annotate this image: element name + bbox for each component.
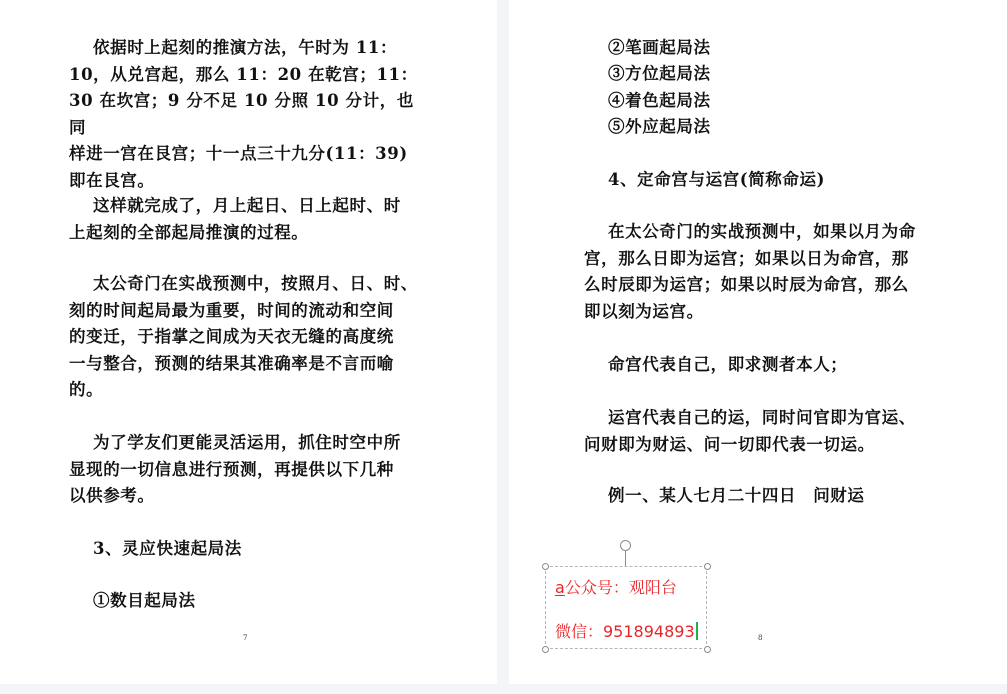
page-number: 8 <box>758 634 762 642</box>
list-item: ③方位起局法 <box>608 61 711 88</box>
paragraph: 这样就完成了，月上起日、日上起时、时 上起刻的全部起局推演的过程。 <box>69 193 429 246</box>
list-item: ⑤外应起局法 <box>608 114 711 141</box>
paragraph: 命宫代表自己，即求测者本人； <box>584 352 944 379</box>
resize-handle-top-right[interactable] <box>704 563 711 570</box>
section-heading: 3、灵应快速起局法 <box>69 536 429 563</box>
paragraph: 在太公奇门的实战预测中，如果以月为命 宫，那么日即为运宫；如果以日为命宫，那 么… <box>584 219 944 325</box>
resize-handle-bottom-left[interactable] <box>542 646 549 653</box>
page-number: 7 <box>243 634 247 642</box>
resize-handle-top-left[interactable] <box>542 563 549 570</box>
list-item: ①数目起局法 <box>69 588 429 615</box>
resize-handle-bottom-right[interactable] <box>704 646 711 653</box>
list-item: ④着色起局法 <box>608 88 711 115</box>
rotate-handle-stem <box>625 551 626 566</box>
paragraph: 运宫代表自己的运，同时问官即为官运、 问财即为财运、问一切即代表一切运。 <box>584 405 944 458</box>
document-page-7: 依据时上起刻的推演方法，午时为 11： 10，从兑宫起，那么 11：20 在乾宫… <box>0 0 497 684</box>
list-item: ②笔画起局法 <box>608 35 711 62</box>
paragraph: 为了学友们更能灵活运用，抓住时空中所 显现的一切信息进行预测，再提供以下几种 以… <box>69 430 429 510</box>
textbox-line-wechat[interactable]: 微信：951894893 <box>555 619 698 642</box>
section-heading: 4、定命宫与运宫(简称命运) <box>608 167 825 194</box>
textbox-line2-text: 微信：951894893 <box>555 622 695 641</box>
text-cursor <box>696 622 698 640</box>
textbox-line1-text: 公众号：观阳台 <box>565 578 677 597</box>
paragraph: 依据时上起刻的推演方法，午时为 11： 10，从兑宫起，那么 11：20 在乾宫… <box>69 35 429 194</box>
textbox-prefix-char: a <box>555 578 565 597</box>
paragraph: 例一、某人七月二十四日 问财运 <box>584 483 944 510</box>
rotate-handle[interactable] <box>620 540 631 551</box>
textbox-line-official-account[interactable]: a公众号：观阳台 <box>555 575 677 598</box>
paragraph: 太公奇门在实战预测中，按照月、日、时、 刻的时间起局最为重要，时间的流动和空间 … <box>69 271 429 404</box>
